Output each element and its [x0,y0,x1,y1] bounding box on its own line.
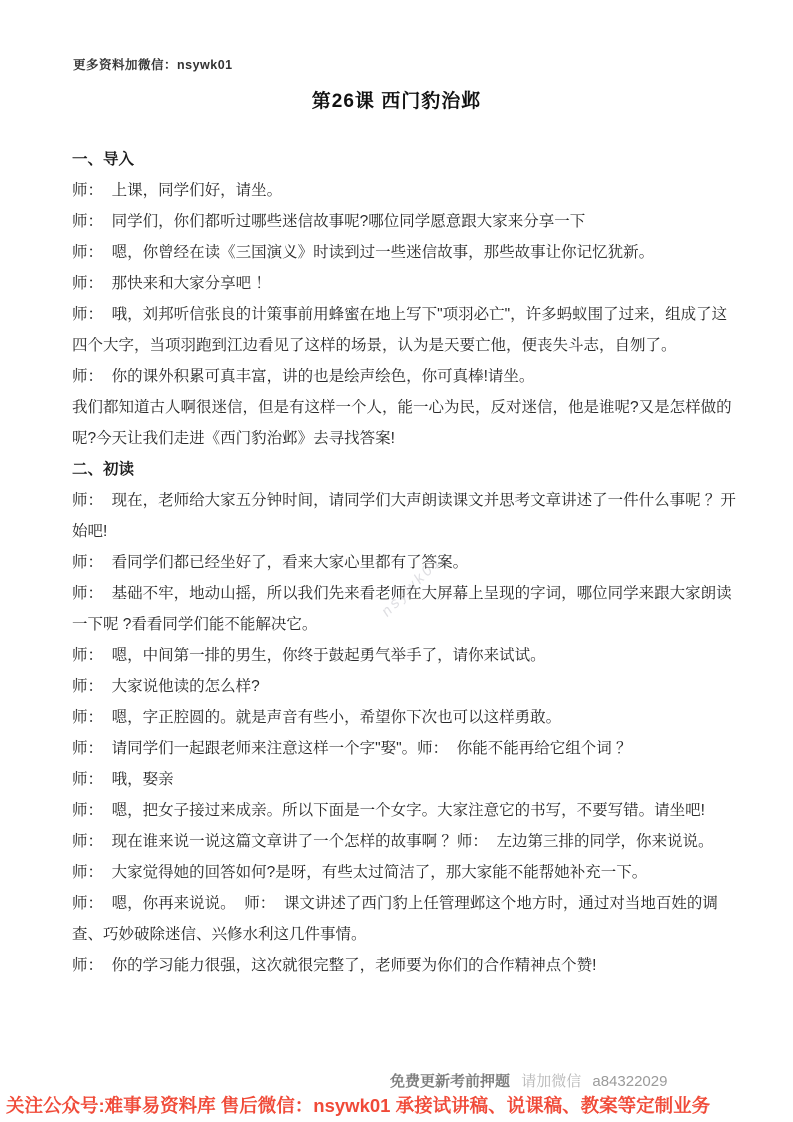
dialogue-line: 师： 那快来和大家分享吧 ！ [72,268,742,299]
header-wechat-note: 更多资料加微信：nsywk01 [73,55,233,73]
promo-update-text: 免费更新考前押题 [390,1073,510,1090]
dialogue-line: 师： 请同学们一起跟老师来注意这样一个字"娶"。师： 你能不能再给它组个词 ？ [72,733,742,764]
dialogue-line: 师： 哦，娶亲 [72,764,742,795]
dialogue-line: 师： 哦，刘邦听信张良的计策事前用蜂蜜在地上写下"项羽必亡"，许多蚂蚁围了过来，… [72,299,742,361]
section-heading-first-reading: 二、初读 [72,454,742,485]
section-heading-intro: 一、导入 [72,144,742,175]
dialogue-line: 师： 大家觉得她的回答如何?是呀，有些太过简洁了，那大家能不能帮她补充一下。 [72,857,742,888]
lesson-transcript: 一、导入 师： 上课，同学们好，请坐。 师： 同学们，你们都听过哪些迷信故事呢?… [72,144,742,981]
dialogue-line: 师： 基础不牢，地动山摇，所以我们先来看老师在大屏幕上呈现的字词，哪位同学来跟大… [72,578,742,640]
dialogue-line: 师： 嗯，中间第一排的男生，你终于鼓起勇气举手了，请你来试试。 [72,640,742,671]
dialogue-line: 师： 上课，同学们好，请坐。 [72,175,742,206]
dialogue-line: 师： 现在谁来说一说这篇文章讲了一个怎样的故事啊 ？师： 左边第三排的同学，你来… [72,826,742,857]
footer-red-banner: 关注公众号:难事易资料库 售后微信：nsywk01 承接试讲稿、说课稿、教案等定… [6,1092,793,1118]
dialogue-line: 我们都知道古人啊很迷信，但是有这样一个人，能一心为民，反对迷信，他是谁呢?又是怎… [72,392,742,454]
page-title: 第26课 西门豹治邺 [0,86,793,113]
dialogue-line: 师： 你的课外积累可真丰富，讲的也是绘声绘色，你可真棒!请坐。 [72,361,742,392]
footer-promo: 免费更新考前押题 请加微信 a84322029 [390,1070,667,1091]
dialogue-line: 师： 同学们，你们都听过哪些迷信故事呢?哪位同学愿意跟大家来分享一下 [72,206,742,237]
dialogue-line: 师： 大家说他读的怎么样? [72,671,742,702]
document-page: 更多资料加微信：nsywk01 第26课 西门豹治邺 一、导入 师： 上课，同学… [0,0,793,1122]
dialogue-line: 师： 现在，老师给大家五分钟时间，请同学们大声朗读课文并思考文章讲述了一件什么事… [72,485,742,547]
dialogue-line: 师： 嗯，你曾经在读《三国演义》时读到过一些迷信故事，那些故事让你记忆犹新。 [72,237,742,268]
promo-wechat-label: 请加微信 [521,1073,581,1090]
dialogue-line: 师： 嗯，把女子接过来成亲。所以下面是一个女字。大家注意它的书写，不要写错。请坐… [72,795,742,826]
dialogue-line: 师： 你的学习能力很强，这次就很完整了，老师要为你们的合作精神点个赞! [72,950,742,981]
dialogue-line: 师： 看同学们都已经坐好了，看来大家心里都有了答案。 [72,547,742,578]
promo-wechat-id: a84322029 [592,1073,667,1090]
dialogue-line: 师： 嗯，你再来说说。 师： 课文讲述了西门豹上任管理邺这个地方时，通过对当地百… [72,888,742,950]
dialogue-line: 师： 嗯，字正腔圆的。就是声音有些小，希望你下次也可以这样勇敢。 [72,702,742,733]
